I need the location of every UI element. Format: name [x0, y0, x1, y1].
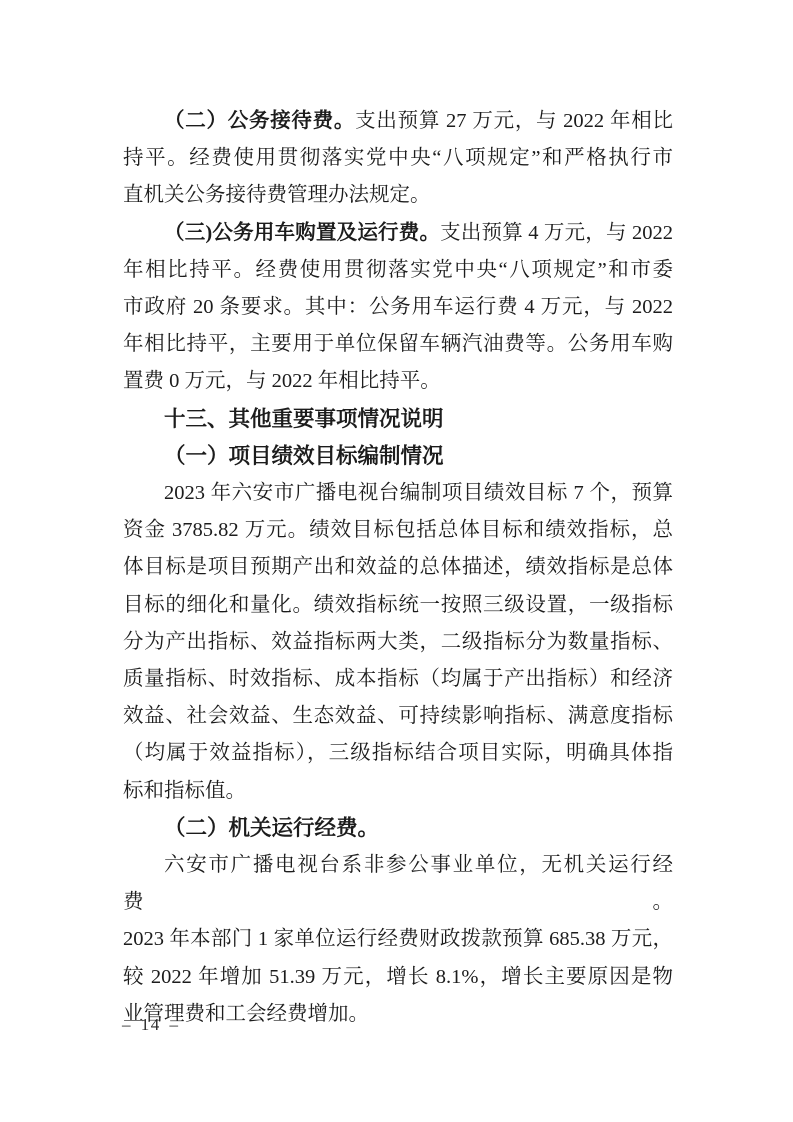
- text-segment: 六安市广播电视台系非参公事业单位，无机关运行经费。: [123, 854, 673, 913]
- para-official-vehicle-fee: （三)公务用车购置及运行费。支出预算 4 万元，与 2022年相比持平。经费使用…: [123, 215, 673, 401]
- heading-line: （二）机关运行经费。: [123, 810, 673, 847]
- bold-text-segment: （二）公务接待费。: [164, 110, 355, 132]
- text-line: 六安市广播电视台系非参公事业单位，无机关运行经费。: [123, 847, 673, 921]
- text-segment: 资金 3785.82 万元。绩效目标包括总体目标和绩效指标，总: [123, 519, 673, 541]
- text-line: 分为产出指标、效益指标两大类，二级指标分为数量指标、: [123, 624, 673, 661]
- text-segment: 较 2022 年增加 51.39 万元，增长 8.1%，增长主要原因是物: [123, 966, 673, 988]
- text-line: 市政府 20 条要求。其中：公务用车运行费 4 万元，与 2022: [123, 289, 673, 326]
- text-line: 业管理费和工会经费增加。: [123, 996, 673, 1033]
- text-line: 效益、社会效益、生态效益、可持续影响指标、满意度指标: [123, 698, 673, 735]
- text-segment: 体目标是项目预期产出和效益的总体描述，绩效指标是总体: [123, 556, 673, 578]
- bold-text-segment: （一）项目绩效目标编制情况: [164, 444, 444, 468]
- text-line: 年相比持平。经费使用贯彻落实党中央“八项规定”和市委: [123, 252, 673, 289]
- text-segment: 直机关公务接待费管理办法规定。: [123, 184, 431, 206]
- text-segment: 效益、社会效益、生态效益、可持续影响指标、满意度指标: [123, 705, 673, 727]
- para-operating-funds: 六安市广播电视台系非参公事业单位，无机关运行经费。2023 年本部门 1 家单位…: [123, 847, 673, 1033]
- text-line: 2023 年六安市广播电视台编制项目绩效目标 7 个，预算: [123, 475, 673, 512]
- heading-section-13-1: （一）项目绩效目标编制情况: [123, 438, 673, 475]
- heading-line: 十三、其他重要事项情况说明: [123, 401, 673, 438]
- text-line: 标和指标值。: [123, 773, 673, 810]
- text-line: 资金 3785.82 万元。绩效目标包括总体目标和绩效指标，总: [123, 512, 673, 549]
- document-body: （二）公务接待费。支出预算 27 万元，与 2022 年相比持平。经费使用贯彻落…: [123, 103, 673, 1033]
- text-segment: 分为产出指标、效益指标两大类，二级指标分为数量指标、: [123, 631, 673, 653]
- text-segment: 2023 年本部门 1 家单位运行经费财政拨款预算 685.38 万元，: [123, 928, 673, 950]
- text-line: 质量指标、时效指标、成本指标（均属于产出指标）和经济: [123, 661, 673, 698]
- para-official-reception-fee: （二）公务接待费。支出预算 27 万元，与 2022 年相比持平。经费使用贯彻落…: [123, 103, 673, 215]
- bold-text-segment: 十三、其他重要事项情况说明: [164, 407, 444, 431]
- text-line: 目标的细化和量化。绩效指标统一按照三级设置，一级指标: [123, 587, 673, 624]
- text-line: 较 2022 年增加 51.39 万元，增长 8.1%，增长主要原因是物: [123, 959, 673, 996]
- bold-text-segment: （三)公务用车购置及运行费。: [164, 222, 440, 244]
- heading-line: （一）项目绩效目标编制情况: [123, 438, 673, 475]
- text-segment: 目标的细化和量化。绩效指标统一按照三级设置，一级指标: [123, 594, 673, 616]
- text-line: 体目标是项目预期产出和效益的总体描述，绩效指标是总体: [123, 549, 673, 586]
- text-segment: 2023 年六安市广播电视台编制项目绩效目标 7 个，预算: [164, 482, 673, 504]
- heading-section-13-2: （二）机关运行经费。: [123, 810, 673, 847]
- heading-section-13: 十三、其他重要事项情况说明: [123, 401, 673, 438]
- text-line: （三)公务用车购置及运行费。支出预算 4 万元，与 2022: [123, 215, 673, 252]
- text-line: （二）公务接待费。支出预算 27 万元，与 2022 年相比: [123, 103, 673, 140]
- text-line: （均属于效益指标），三级指标结合项目实际，明确具体指: [123, 735, 673, 772]
- para-performance-targets: 2023 年六安市广播电视台编制项目绩效目标 7 个，预算资金 3785.82 …: [123, 475, 673, 810]
- text-segment: 市政府 20 条要求。其中：公务用车运行费 4 万元，与 2022: [123, 296, 673, 318]
- text-segment: 标和指标值。: [123, 780, 246, 802]
- text-line: 直机关公务接待费管理办法规定。: [123, 177, 673, 214]
- text-line: 置费 0 万元，与 2022 年相比持平。: [123, 363, 673, 400]
- text-line: 年相比持平，主要用于单位保留车辆汽油费等。公务用车购: [123, 326, 673, 363]
- text-segment: 质量指标、时效指标、成本指标（均属于产出指标）和经济: [123, 668, 673, 690]
- bold-text-segment: （二）机关运行经费。: [164, 816, 379, 840]
- text-segment: 支出预算 27 万元，与 2022 年相比: [355, 110, 673, 132]
- text-segment: 年相比持平。经费使用贯彻落实党中央“八项规定”和市委: [123, 259, 673, 281]
- text-line: 持平。经费使用贯彻落实党中央“八项规定”和严格执行市: [123, 140, 673, 177]
- text-segment: （均属于效益指标），三级指标结合项目实际，明确具体指: [123, 742, 673, 764]
- text-segment: 支出预算 4 万元，与 2022: [440, 222, 673, 244]
- text-line: 2023 年本部门 1 家单位运行经费财政拨款预算 685.38 万元，: [123, 921, 673, 958]
- text-segment: 持平。经费使用贯彻落实党中央“八项规定”和严格执行市: [123, 147, 673, 169]
- text-segment: 置费 0 万元，与 2022 年相比持平。: [123, 370, 441, 392]
- document-page: （二）公务接待费。支出预算 27 万元，与 2022 年相比持平。经费使用贯彻落…: [0, 0, 793, 1122]
- text-segment: 年相比持平，主要用于单位保留车辆汽油费等。公务用车购: [123, 333, 673, 355]
- page-number: – 14 –: [122, 1014, 180, 1036]
